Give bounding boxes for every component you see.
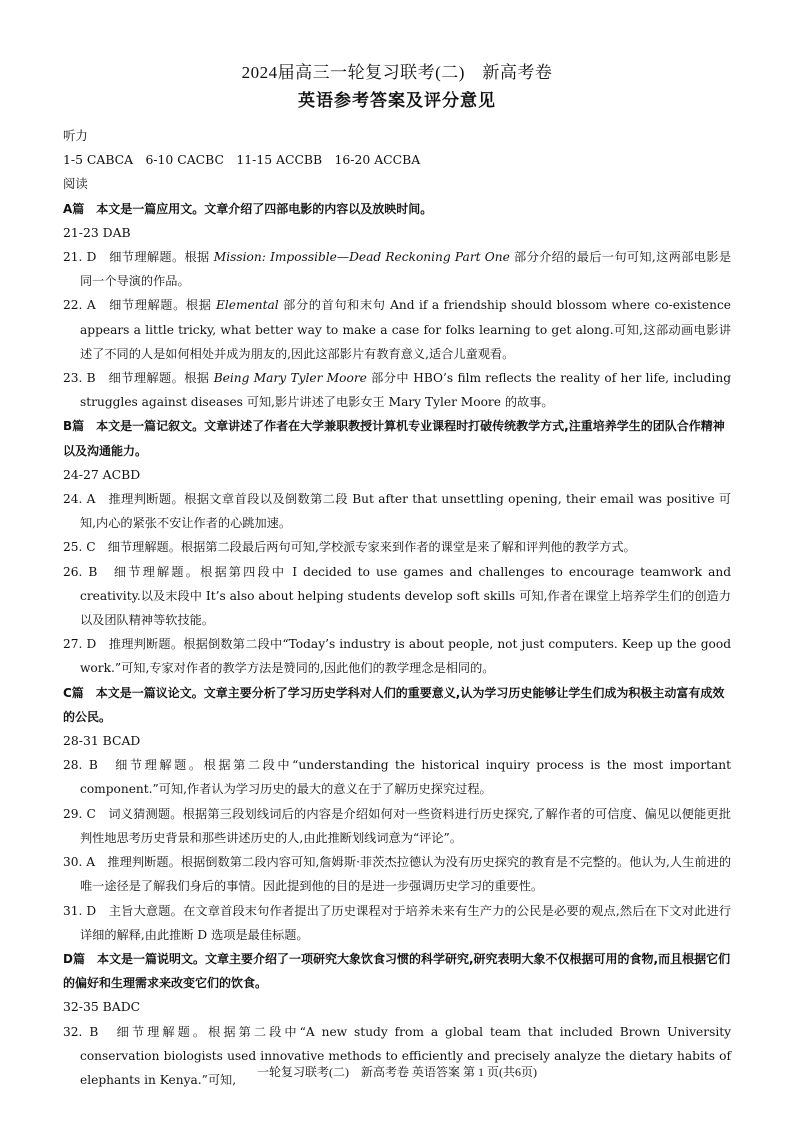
answer-key-page: 2024届高三一轮复习联考(二) 新高考卷 英语参考答案及评分意见 听力 1-5… [0,0,794,1122]
answer-explanation: 23. B 细节理解题。根据 Being Mary Tyler Moore 部分… [63,366,731,414]
explanation-text: 细节理解题。根据 [109,298,216,312]
answer-explanation: 26. B 细节理解题。根据第四段中 I decided to use game… [63,560,731,633]
answer-explanation: 31. D 主旨大意题。在文章首段末句作者提出了历史课程对于培养未来有生产力的公… [63,899,731,947]
explanation-text: 细节理解题。根据 [109,371,214,385]
answer-explanation: 30. A 推理判断题。根据倒数第二段内容可知,詹姆斯·菲茨杰拉德认为没有历史探… [63,850,731,898]
answer-explanation: 24. A 推理判断题。根据文章首段以及倒数第二段 But after that… [63,487,731,535]
section-summary: D篇 本文是一篇说明文。文章主要介绍了一项研究大象饮食习惯的科学研究,研究表明大… [63,947,731,995]
answer-explanation: 28. B 细节理解题。根据第二段中“understanding the his… [63,753,731,801]
listening-heading: 听力 [63,124,731,148]
reading-sections: A篇 本文是一篇应用文。文章介绍了四部电影的内容以及放映时间。21-23 DAB… [63,197,731,1093]
explanation-text: 细节理解题。根据第二段中“understanding the historica… [80,758,731,796]
explanation-text: 细节理解题。根据 [109,250,214,264]
reading-heading: 阅读 [63,172,731,196]
answer-key-content: 听力 1-5 CABCA 6-10 CACBC 11-15 ACCBB 16-2… [63,124,731,1092]
question-number: 23. B [63,371,109,385]
explanation-text: 推理判断题。根据倒数第二段中“Today’s industry is about… [80,637,731,675]
question-number: 30. A [63,855,107,869]
section-summary: A篇 本文是一篇应用文。文章介绍了四部电影的内容以及放映时间。 [63,197,731,221]
question-number: 24. A [63,492,109,506]
section-answer-range: 32-35 BADC [63,995,731,1019]
question-number: 31. D [63,904,109,918]
answer-explanation: 27. D 推理判断题。根据倒数第二段中“Today’s industry is… [63,632,731,680]
explanation-text: 词义猜测题。根据第三段划线词后的内容是介绍如何对一些资料进行历史探究,了解作者的… [80,807,731,845]
section-summary: C篇 本文是一篇议论文。文章主要分析了学习历史学科对人们的重要意义,认为学习历史… [63,681,731,729]
section-answer-range: 21-23 DAB [63,221,731,245]
explanation-text: 推理判断题。根据倒数第二段内容可知,詹姆斯·菲茨杰拉德认为没有历史探究的教育是不… [80,855,731,893]
italic-title: Being Mary Tyler Moore [214,371,367,385]
listening-answers: 1-5 CABCA 6-10 CACBC 11-15 ACCBB 16-20 A… [63,148,731,172]
answer-explanation: 32. B 细节理解题。根据第二段中“A new study from a gl… [63,1020,731,1093]
question-number: 28. B [63,758,115,772]
answer-explanation: 22. A 细节理解题。根据 Elemental 部分的首句和末句 And if… [63,293,731,366]
section-summary: B篇 本文是一篇记叙文。文章讲述了作者在大学兼职教授计算机专业课程时打破传统教学… [63,414,731,462]
question-number: 22. A [63,298,109,312]
answer-explanation: 29. C 词义猜测题。根据第三段划线词后的内容是介绍如何对一些资料进行历史探究… [63,802,731,850]
document-title: 英语参考答案及评分意见 [0,86,794,111]
italic-title: Elemental [216,298,279,312]
section-answer-range: 28-31 BCAD [63,729,731,753]
question-number: 25. C [63,540,108,554]
explanation-text: 推理判断题。根据文章首段以及倒数第二段 But after that unset… [80,492,731,530]
question-number: 27. D [63,637,109,651]
question-number: 21. D [63,250,109,264]
question-number: 26. B [63,565,114,579]
exam-title: 2024届高三一轮复习联考(二) 新高考卷 [0,58,794,83]
answer-explanation: 21. D 细节理解题。根据 Mission: Impossible—Dead … [63,245,731,293]
question-number: 32. B [63,1025,117,1039]
page-footer: 一轮复习联考(二) 新高考卷 英语答案 第 1 页(共6页) [0,1063,794,1080]
italic-title: Mission: Impossible—Dead Reckoning Part … [214,250,510,264]
answer-explanation: 25. C 细节理解题。根据第二段最后两句可知,学校派专家来到作者的课堂是来了解… [63,535,731,559]
explanation-text: 细节理解题。根据第四段中 I decided to use games and … [80,565,731,627]
question-number: 29. C [63,807,108,821]
explanation-text: 细节理解题。根据第二段最后两句可知,学校派专家来到作者的课堂是来了解和评判他的教… [108,540,636,554]
explanation-text: 主旨大意题。在文章首段末句作者提出了历史课程对于培养未来有生产力的公民是必要的观… [80,904,731,942]
section-answer-range: 24-27 ACBD [63,463,731,487]
